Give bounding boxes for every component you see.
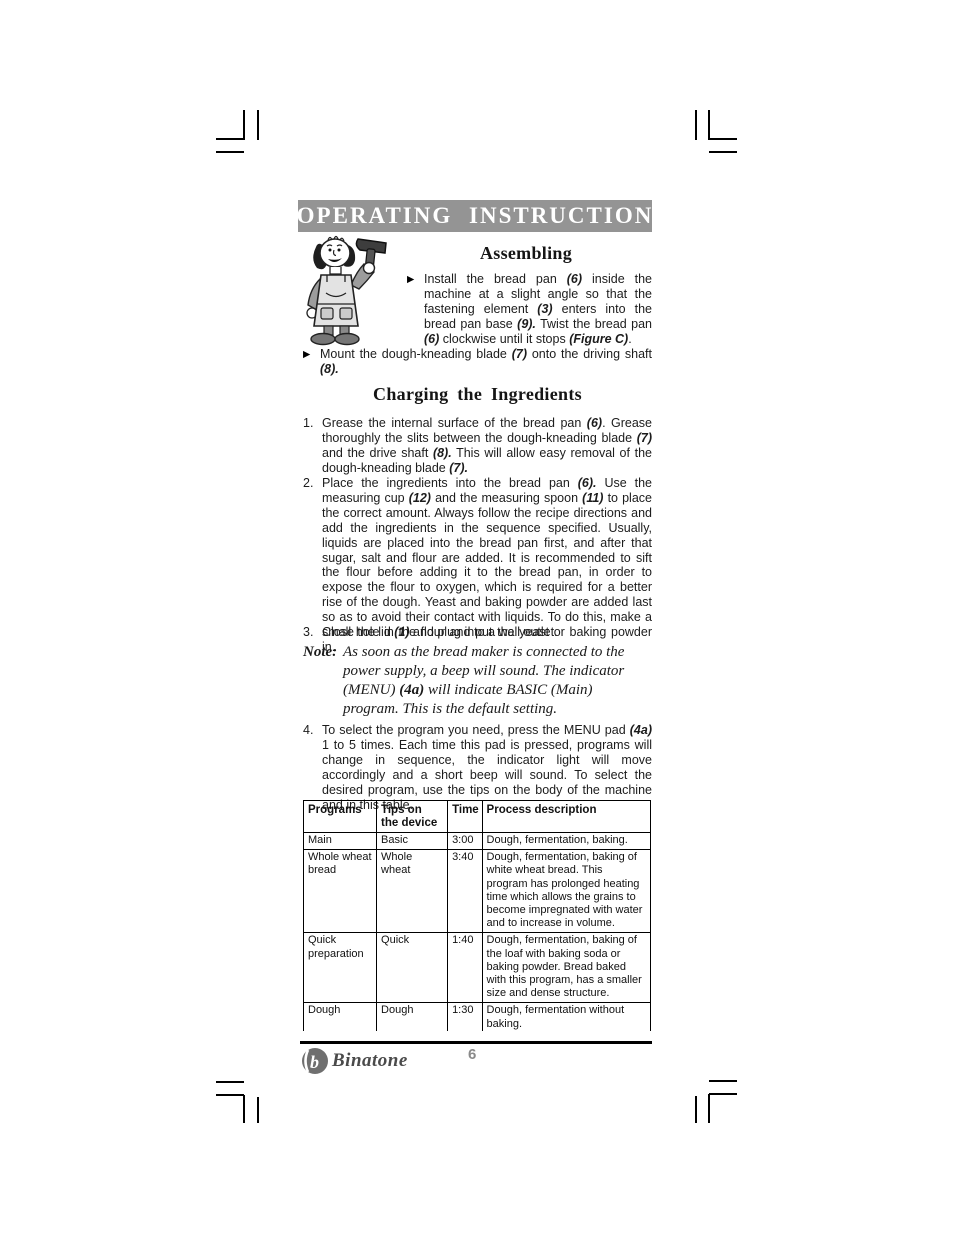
assembling-bullet-1: ▶ Install the bread pan (6) inside the m… (407, 272, 652, 347)
title-banner: OPERATING INSTRUCTION (298, 200, 652, 232)
charging-step-3-text: Close the lid (1) and plug into a wall o… (322, 625, 558, 640)
cell-time: 1:30 (448, 1003, 482, 1031)
crop-mark-bottom-left (216, 1081, 244, 1083)
cell-description: Dough, fermentation, baking of white whe… (482, 850, 650, 933)
crop-mark-top-right (695, 110, 697, 140)
crop-mark-top-right (709, 151, 737, 153)
table-header-row: Programs Tips on the device Time Process… (304, 801, 651, 833)
crop-mark-top-right (709, 138, 737, 140)
cell-tips: Quick (377, 933, 448, 1003)
cell-program: Dough (304, 1003, 377, 1031)
charging-heading: Charging the Ingredients (303, 384, 652, 405)
note-text: As soon as the bread maker is connected … (343, 643, 628, 719)
crop-mark-bottom-right (709, 1093, 737, 1095)
crop-mark-top-left (216, 138, 244, 140)
cell-program: Main (304, 833, 377, 850)
bullet-arrow-icon: ▶ (303, 347, 320, 377)
crop-mark-top-right (708, 110, 710, 140)
crop-mark-top-left (257, 110, 259, 140)
cell-time: 3:00 (448, 833, 482, 850)
col-header-process: Process description (482, 801, 650, 833)
charging-step-1-text: Grease the internal surface of the bread… (322, 416, 652, 476)
assembling-bullet-2-text: Mount the dough-kneading blade (7) onto … (320, 347, 652, 377)
cell-tips: Whole wheat (377, 850, 448, 933)
crop-mark-top-left (243, 110, 245, 140)
binatone-logo-icon: b (300, 1046, 330, 1076)
crop-mark-bottom-left (243, 1095, 245, 1123)
table-row: Main Basic 3:00 Dough, fermentation, bak… (304, 833, 651, 850)
page-title: OPERATING INSTRUCTION (297, 203, 654, 229)
cell-time: 1:40 (448, 933, 482, 1003)
page-number: 6 (468, 1046, 476, 1063)
svg-text:b: b (310, 1052, 319, 1072)
note-label: Note: (303, 643, 343, 719)
col-header-tips: Tips on the device (377, 801, 448, 833)
cell-program: Quick preparation (304, 933, 377, 1003)
crop-mark-bottom-left (257, 1097, 259, 1123)
cell-time: 3:40 (448, 850, 482, 933)
programs-table-wrap: Programs Tips on the device Time Process… (303, 800, 651, 1031)
table-row: Quick preparation Quick 1:40 Dough, ferm… (304, 933, 651, 1003)
charging-step-1: 1. Grease the internal surface of the br… (303, 416, 652, 476)
programs-table: Programs Tips on the device Time Process… (303, 800, 651, 1031)
binatone-logo: b Binatone (300, 1046, 408, 1076)
note-block: Note: As soon as the bread maker is conn… (303, 643, 628, 719)
cell-tips: Basic (377, 833, 448, 850)
crop-mark-bottom-right (709, 1080, 737, 1082)
step-number: 3. (303, 625, 322, 640)
assembling-heading: Assembling (400, 243, 652, 264)
charging-step-3: 3. Close the lid (1) and plug into a wal… (303, 625, 652, 640)
crop-mark-bottom-right (708, 1094, 710, 1123)
cell-tips: Dough (377, 1003, 448, 1031)
handyman-with-hammer-illustration (297, 231, 399, 349)
col-header-time: Time (448, 801, 482, 833)
handyman-illustration-svg (297, 231, 399, 349)
manual-page: OPERATING INSTRUCTION (0, 0, 954, 1235)
bullet-arrow-icon: ▶ (407, 272, 424, 347)
assembling-bullet-2: ▶ Mount the dough-kneading blade (7) ont… (303, 347, 652, 377)
crop-mark-top-left (216, 151, 244, 153)
cell-description: Dough, fermentation, baking. (482, 833, 650, 850)
step-number: 1. (303, 416, 322, 476)
table-row: Whole wheat bread Whole wheat 3:40 Dough… (304, 850, 651, 933)
footer-rule (300, 1041, 652, 1044)
col-header-programs: Programs (304, 801, 377, 833)
brand-name: Binatone (332, 1050, 408, 1072)
cell-description: Dough, fermentation, baking of the loaf … (482, 933, 650, 1003)
crop-mark-bottom-right (695, 1096, 697, 1123)
table-row: Dough Dough 1:30 Dough, fermentation wit… (304, 1003, 651, 1031)
cell-program: Whole wheat bread (304, 850, 377, 933)
cell-description: Dough, fermentation without baking. (482, 1003, 650, 1031)
assembling-bullet-1-text: Install the bread pan (6) inside the mac… (424, 272, 652, 347)
crop-mark-bottom-left (216, 1094, 244, 1096)
